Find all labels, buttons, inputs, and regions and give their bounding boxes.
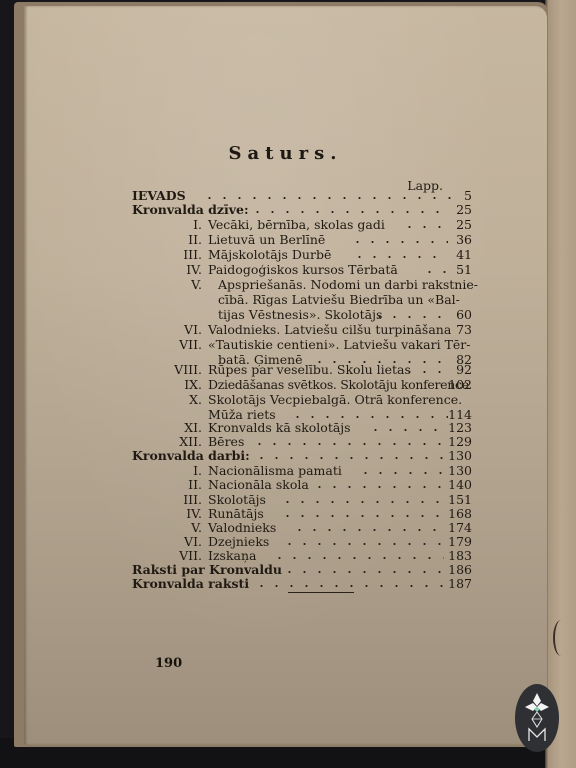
dot-leader <box>280 515 444 517</box>
toc-entry-page: 51 <box>456 262 472 277</box>
toc-entry-page: 25 <box>456 217 472 232</box>
toc-entry-title-line: Apspriešanās. Nodomi un darbi rakstnie- <box>218 277 478 292</box>
toc-entry-numeral: VII. <box>162 337 202 352</box>
end-rule-divider <box>288 592 354 593</box>
toc-entry-title: Dziedāšanas svētkos. Skolotāju konferenc… <box>208 377 469 392</box>
toc-entry-page: 179 <box>448 534 472 549</box>
toc-entry-title: Rūpes par veselību. Skolu lietas <box>208 362 411 377</box>
dot-leader <box>402 226 448 228</box>
dot-leader <box>202 197 452 199</box>
toc-entry-title: Dzejnieks <box>208 534 269 549</box>
toc-entry-title: Lietuvā un Berlīnē <box>208 232 325 247</box>
dot-leader <box>292 529 444 531</box>
page-title: Saturs. <box>24 143 547 164</box>
dot-leader <box>282 543 444 545</box>
toc-entry-numeral: XI. <box>162 420 202 435</box>
toc-entry-page: 5 <box>464 188 472 203</box>
toc-entry-title: Kronvalds kā skolotājs <box>208 420 351 435</box>
toc-entry-title: Nacionālisma pamati <box>208 463 342 478</box>
book-page: Saturs. Lapp. IEVADS 5 Kronvalda dzīve: … <box>24 6 547 745</box>
toc-entry-page: 92 <box>456 362 472 377</box>
dot-leader <box>272 557 444 559</box>
toc-entry-title: Mājskolotājs Durbē <box>208 247 331 262</box>
toc-entry-title: Kronvalda raksti <box>132 576 249 591</box>
toc-entry-title: Izskaņa <box>208 548 256 563</box>
dot-leader <box>402 371 448 373</box>
toc-entry-title: Raksti par Kronvaldu <box>132 562 282 577</box>
toc-entry-title: Valodnieks <box>208 520 276 535</box>
page-column-header: Lapp. <box>407 178 443 193</box>
toc-entry-page: 187 <box>448 576 472 591</box>
toc-entry-title: Valodnieks. Latviešu cilšu turpināšana <box>208 322 451 337</box>
toc-entry-title: Paidogoģiskos kursos Tērbatā <box>208 262 398 277</box>
toc-entry-numeral: V. <box>162 277 202 292</box>
toc-entry-numeral: I. <box>162 463 202 478</box>
dot-leader <box>254 457 444 459</box>
toc-entry-title: Kronvalda darbi: <box>132 448 250 463</box>
toc-entry-page: 60 <box>456 307 472 322</box>
toc-entry-numeral: III. <box>162 247 202 262</box>
dot-leader <box>352 256 448 258</box>
toc-entry-numeral: VII. <box>162 548 202 563</box>
toc-entry-page: 102 <box>448 377 472 392</box>
toc-entry-page: 130 <box>448 463 472 478</box>
toc-entry-numeral: I. <box>162 217 202 232</box>
toc-entry-page: 25 <box>456 202 472 217</box>
toc-entry-title-line: «Tautiskie centieni». Latviešu vakari Tē… <box>208 337 471 352</box>
page-number: 190 <box>155 656 182 671</box>
toc-entry-title: Skolotājs <box>208 492 266 507</box>
toc-entry-page: 41 <box>456 247 472 262</box>
dot-leader <box>350 241 448 243</box>
toc-entry-numeral: VI. <box>162 322 202 337</box>
toc-entry-title: Runātājs <box>208 506 264 521</box>
dot-leader <box>312 486 444 488</box>
toc-entry-page: 151 <box>448 492 472 507</box>
dot-leader <box>372 316 448 318</box>
toc-entry-page: 130 <box>448 448 472 463</box>
dot-leader <box>422 271 448 273</box>
flower-monogram-icon <box>522 691 552 745</box>
toc-entry-numeral: V. <box>162 520 202 535</box>
toc-entry-page: 73 <box>456 322 472 337</box>
page-curl-mark <box>553 620 569 656</box>
dot-leader <box>250 211 448 213</box>
toc-entry-title-line: Skolotājs Vecpiebalgā. Otrā konference. <box>208 392 462 407</box>
toc-entry-page: 183 <box>448 548 472 563</box>
toc-entry-page: 168 <box>448 506 472 521</box>
toc-entry-page: 36 <box>456 232 472 247</box>
toc-entry-numeral: II. <box>162 232 202 247</box>
toc-entry-title: Vecāki, bērnība, skolas gadi <box>208 217 385 232</box>
toc-entry-title: Kronvalda dzīve: <box>132 202 249 217</box>
toc-entry-page: 140 <box>448 477 472 492</box>
toc-entry-title: Nacionāla skola <box>208 477 309 492</box>
toc-entry-numeral: VI. <box>162 534 202 549</box>
toc-entry-title: Bēres <box>208 434 244 449</box>
toc-entry-numeral: IV. <box>162 506 202 521</box>
dot-leader <box>290 416 448 418</box>
toc-entry-page: 129 <box>448 434 472 449</box>
toc-entry-page: 186 <box>448 562 472 577</box>
toc-entry-numeral: IV. <box>162 262 202 277</box>
toc-entry-title-line: tijas Vēstnesis». Skolotājs <box>218 307 382 322</box>
facing-page-edge <box>545 0 576 768</box>
dot-leader <box>368 429 448 431</box>
watermark-badge <box>515 684 559 752</box>
toc-entry: X. Skolotājs Vecpiebalgā. Otrā konferenc… <box>132 392 472 422</box>
toc-entry-numeral: XII. <box>162 434 202 449</box>
toc-entry-page: 174 <box>448 520 472 535</box>
dot-leader <box>358 472 444 474</box>
dot-leader <box>280 501 444 503</box>
dot-leader <box>252 443 448 445</box>
toc-entry-numeral: X. <box>162 392 202 407</box>
dot-leader <box>282 571 444 573</box>
toc-entry-numeral: VIII. <box>162 362 202 377</box>
toc-entry-title-line: cībā. Rīgas Latviešu Biedrība un «Bal- <box>218 292 460 307</box>
toc-entry: V. Apspriešanās. Nodomi un darbi rakstni… <box>132 277 472 322</box>
toc-entry-numeral: IX. <box>162 377 202 392</box>
toc-entry-numeral: II. <box>162 477 202 492</box>
toc-entry-numeral: III. <box>162 492 202 507</box>
toc-entry-page: 123 <box>448 420 472 435</box>
dot-leader <box>254 585 444 587</box>
toc-entry-title: IEVADS <box>132 188 186 203</box>
